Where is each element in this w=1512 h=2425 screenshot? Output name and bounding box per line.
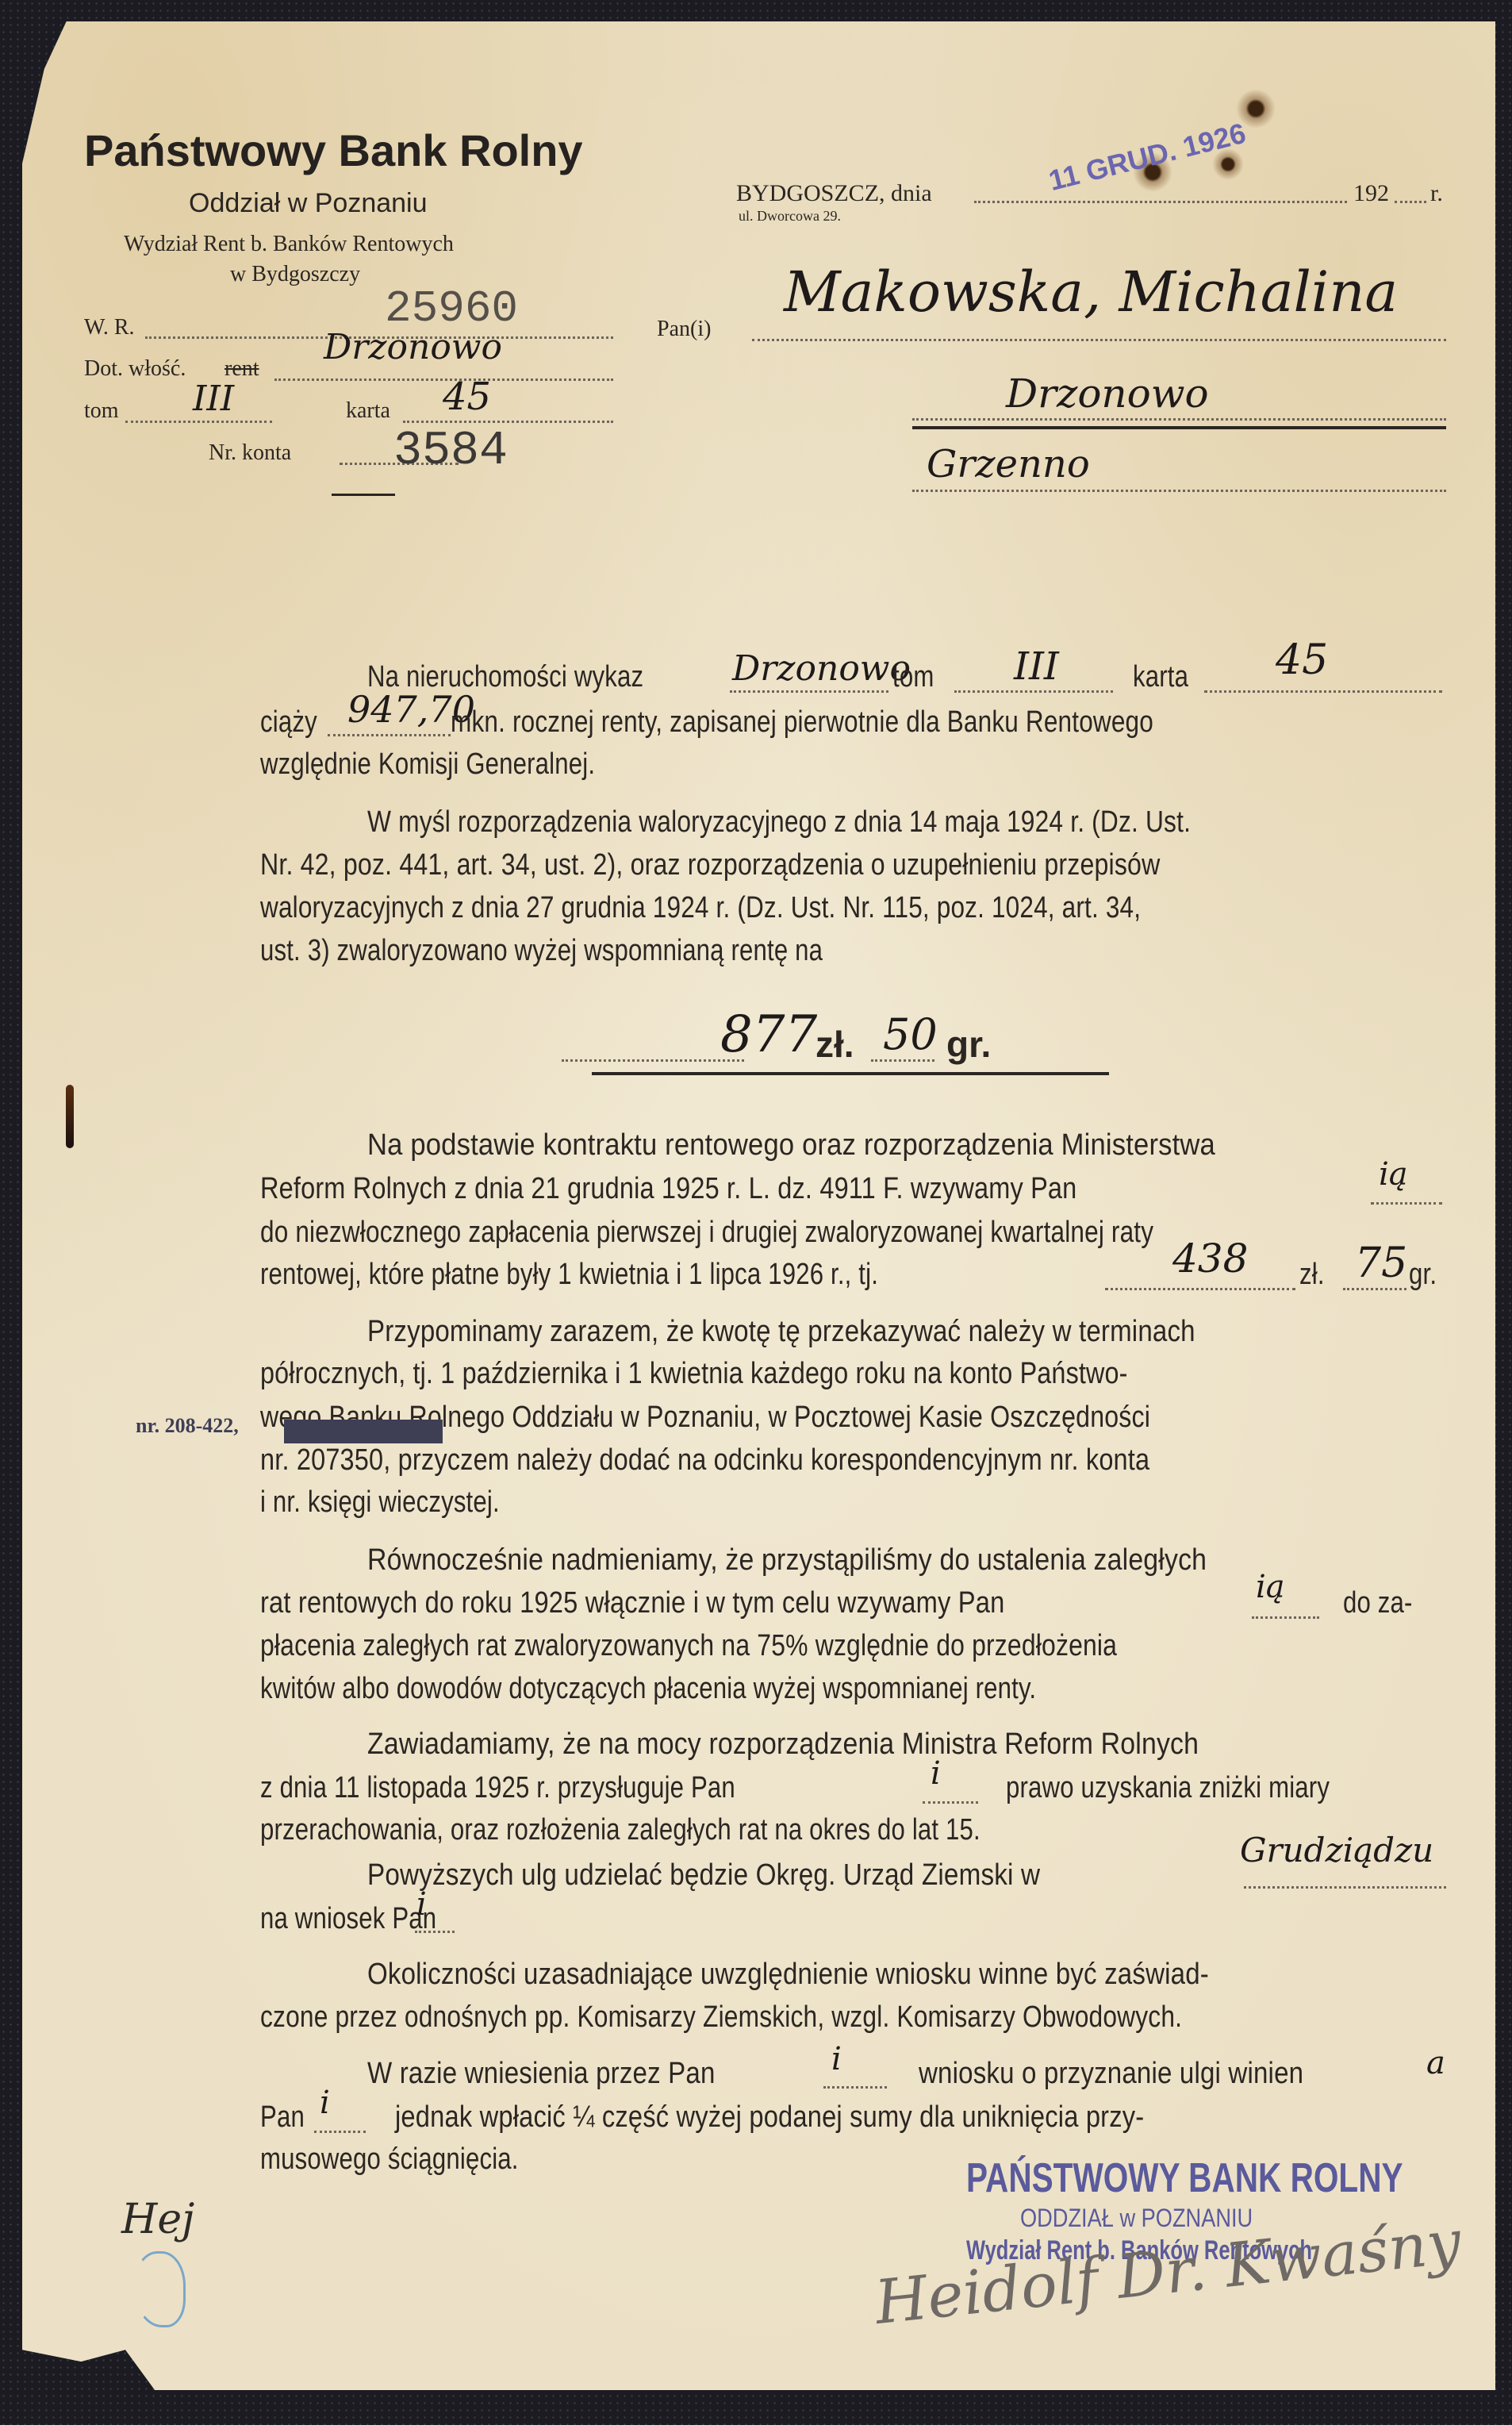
department-line1: Wydział Rent b. Banków Rentowych <box>124 232 454 257</box>
p7-pan-line <box>415 1931 455 1933</box>
p1-wykaz-value[interactable]: Drzonowo <box>732 648 911 689</box>
p4-line2: półrocznych, tj. 1 października i 1 kwie… <box>260 1357 1128 1391</box>
nr-konta-label: Nr. konta <box>209 440 291 466</box>
p1-line3: względnie Komisji Generalnej. <box>260 747 595 782</box>
p3-pan-line <box>1371 1202 1442 1205</box>
p5-line2-a: rat rentowych do roku 1925 włącznie i w … <box>260 1586 1004 1620</box>
p1-tom-value[interactable]: III <box>1014 644 1059 689</box>
p6-pan-line <box>923 1801 978 1804</box>
p3-line4: rentowej, które płatne były 1 kwietnia i… <box>260 1258 878 1292</box>
p9-pan-line <box>823 2086 887 2089</box>
p7-place-line <box>1244 1886 1446 1889</box>
p1-tom-line <box>954 690 1113 693</box>
p9-pan2-hand[interactable]: i <box>320 2085 330 2121</box>
p6-line3: przerachowania, oraz rozłożenia zaległyc… <box>260 1813 980 1847</box>
document-page: Państwowy Bank Rolny Oddział w Poznaniu … <box>22 21 1495 2390</box>
valorized-gr-label: gr. <box>946 1023 991 1066</box>
p9-line3: musowego ściągnięcia. <box>260 2143 519 2177</box>
valorized-gr-line <box>871 1059 934 1062</box>
addressee-label: Pan(i) <box>657 317 711 342</box>
karta-value[interactable]: 45 <box>443 375 491 419</box>
blue-pencil-mark <box>133 2251 186 2327</box>
valorized-zl-value[interactable]: 877 <box>720 1005 817 1064</box>
p6-pan-hand[interactable]: i <box>931 1755 941 1792</box>
p3-line2: Reform Rolnych z dnia 21 grudnia 1925 r.… <box>260 1172 1076 1206</box>
year-prefix: 192 <box>1353 180 1389 207</box>
p8-line1: Okoliczności uzasadniające uwzględnienie… <box>367 1958 1209 1992</box>
p7-place-hand[interactable]: Grudziądzu <box>1240 1831 1433 1870</box>
p8-line2: czone przez odnośnych pp. Komisarzy Ziem… <box>260 2000 1182 2035</box>
p7-pan-hand[interactable]: i <box>416 1886 427 1923</box>
redaction-bar <box>284 1420 443 1443</box>
p9-pan2-line <box>314 2131 366 2133</box>
p2-line1: W myśl rozporządzenia waloryzacyjnego z … <box>367 805 1191 840</box>
addressee-name-line <box>752 339 1446 341</box>
p3-pan-hand[interactable]: ią <box>1379 1156 1408 1193</box>
valorized-underline <box>592 1072 1109 1075</box>
addressee-village[interactable]: Drzonowo <box>1006 371 1209 417</box>
p9-line1-a: W razie wniesienia przez Pan <box>367 2057 716 2091</box>
karta-field-line <box>403 421 613 423</box>
addressee-name[interactable]: Makowska, Michalina <box>784 259 1398 325</box>
p3-zl-line <box>1105 1288 1295 1290</box>
p6-line1: Zawiadamiamy, że na mocy rozporządzenia … <box>367 1727 1199 1762</box>
initials: Hej <box>121 2196 194 2243</box>
p9-line2-b: jednak wpłacić ¼ część wyżej podanej sum… <box>395 2100 1144 2135</box>
p6-line2-a: z dnia 11 listopada 1925 r. przysługuje … <box>260 1771 735 1805</box>
p2-line3: waloryzacyjnych z dnia 27 grudnia 1924 r… <box>260 891 1141 925</box>
tom-field-line <box>125 421 272 423</box>
p3-line1: Na podstawie kontraktu rentowego oraz ro… <box>367 1128 1215 1163</box>
p1-karta-line <box>1204 690 1442 693</box>
header-divider <box>332 494 395 496</box>
p7-line2: na wniosek Pan <box>260 1902 436 1936</box>
addressee-village-rule <box>912 426 1446 429</box>
year-suffix: r. <box>1430 180 1443 207</box>
wr-label: W. R. <box>84 315 135 340</box>
p4-line4: nr. 207350, przyczem należy dodać na odc… <box>260 1443 1149 1478</box>
p1-line1-b: tom <box>892 660 934 694</box>
stamp-branch: ODDZIAŁ w POZNANIU <box>1020 2204 1253 2233</box>
p5-pan-hand[interactable]: ią <box>1256 1569 1285 1605</box>
p9-line1-b: wniosku o przyznanie ulgi winien <box>919 2057 1303 2091</box>
p1-line1-c: karta <box>1133 660 1188 694</box>
p2-line4: ust. 3) zwaloryzowano wyżej wspomnianą r… <box>260 934 823 968</box>
valorized-gr-value[interactable]: 50 <box>883 1009 938 1059</box>
p6-line2-b: prawo uzyskania zniżki miary <box>1006 1771 1330 1805</box>
dot-wlosc-value[interactable]: Drzonowo <box>324 327 502 367</box>
p2-line2: Nr. 42, poz. 441, art. 34, ust. 2), oraz… <box>260 848 1160 882</box>
karta-label: karta <box>346 398 390 424</box>
year-field-line <box>1395 201 1426 203</box>
stamp-bank-name: PAŃSTWOWY BANK ROLNY <box>966 2154 1403 2202</box>
p1-line2-a: ciąży <box>260 705 317 740</box>
p1-line2-b: mkn. rocznej renty, zapisanej pierwotnie… <box>451 705 1153 740</box>
address: ul. Dworcowa 29. <box>739 208 841 225</box>
p5-line1: Równocześnie nadmieniamy, że przystąpili… <box>367 1543 1207 1578</box>
addressee-post-line <box>912 490 1446 492</box>
p3-gr-value[interactable]: 75 <box>1355 1239 1407 1287</box>
tom-value[interactable]: III <box>193 379 234 419</box>
addressee-village-line <box>912 418 1446 421</box>
p7-line1: Powyższych ulg udzielać będzie Okręg. Ur… <box>367 1858 1040 1893</box>
nr-konta-value: 3584 <box>393 425 508 478</box>
dot-wlosc-label: Dot. włość. <box>84 356 186 382</box>
bank-name: Państwowy Bank Rolny <box>84 125 583 176</box>
date-field-line <box>974 201 1347 203</box>
p5-pan-line <box>1252 1616 1319 1619</box>
p4-line5: i nr. księgi wieczystej. <box>260 1485 500 1520</box>
p5-line4: kwitów albo dowodów dotyczących płacenia… <box>260 1672 1036 1706</box>
p3-zl-value[interactable]: 438 <box>1172 1236 1248 1282</box>
p4-line1: Przypominamy zarazem, że kwotę tę przeka… <box>367 1315 1195 1349</box>
p1-karta-value[interactable]: 45 <box>1276 636 1328 684</box>
p3-gr-line <box>1343 1288 1406 1290</box>
p5-line2-b: do za- <box>1343 1586 1413 1620</box>
p3-line3: do niezwłocznego zapłacenia pierwszej i … <box>260 1216 1153 1250</box>
p9-line2-a: Pan <box>260 2100 305 2135</box>
pin-mark <box>66 1085 74 1148</box>
p9-winien-hand[interactable]: a <box>1426 2045 1445 2081</box>
branch-name: Oddział w Poznaniu <box>189 188 428 219</box>
valorized-zl-line <box>562 1059 744 1062</box>
tom-label: tom <box>84 398 119 424</box>
city-label: BYDGOSZCZ, dnia <box>736 180 932 207</box>
p3-zl-label: zł. <box>1299 1258 1325 1292</box>
p3-gr-label: gr. <box>1409 1258 1437 1292</box>
department-line2: w Bydgoszczy <box>230 262 360 287</box>
p1-amount-line <box>328 734 451 736</box>
p4-margin-stamp: nr. 208-422, <box>136 1414 239 1438</box>
valorized-zl-label: zł. <box>815 1023 854 1066</box>
p9-pan-hand[interactable]: i <box>831 2041 842 2077</box>
addressee-post[interactable]: Grzenno <box>927 442 1090 486</box>
p5-line3: płacenia zaległych rat zwaloryzowanych n… <box>260 1629 1117 1663</box>
p1-wykaz-line <box>730 690 888 693</box>
